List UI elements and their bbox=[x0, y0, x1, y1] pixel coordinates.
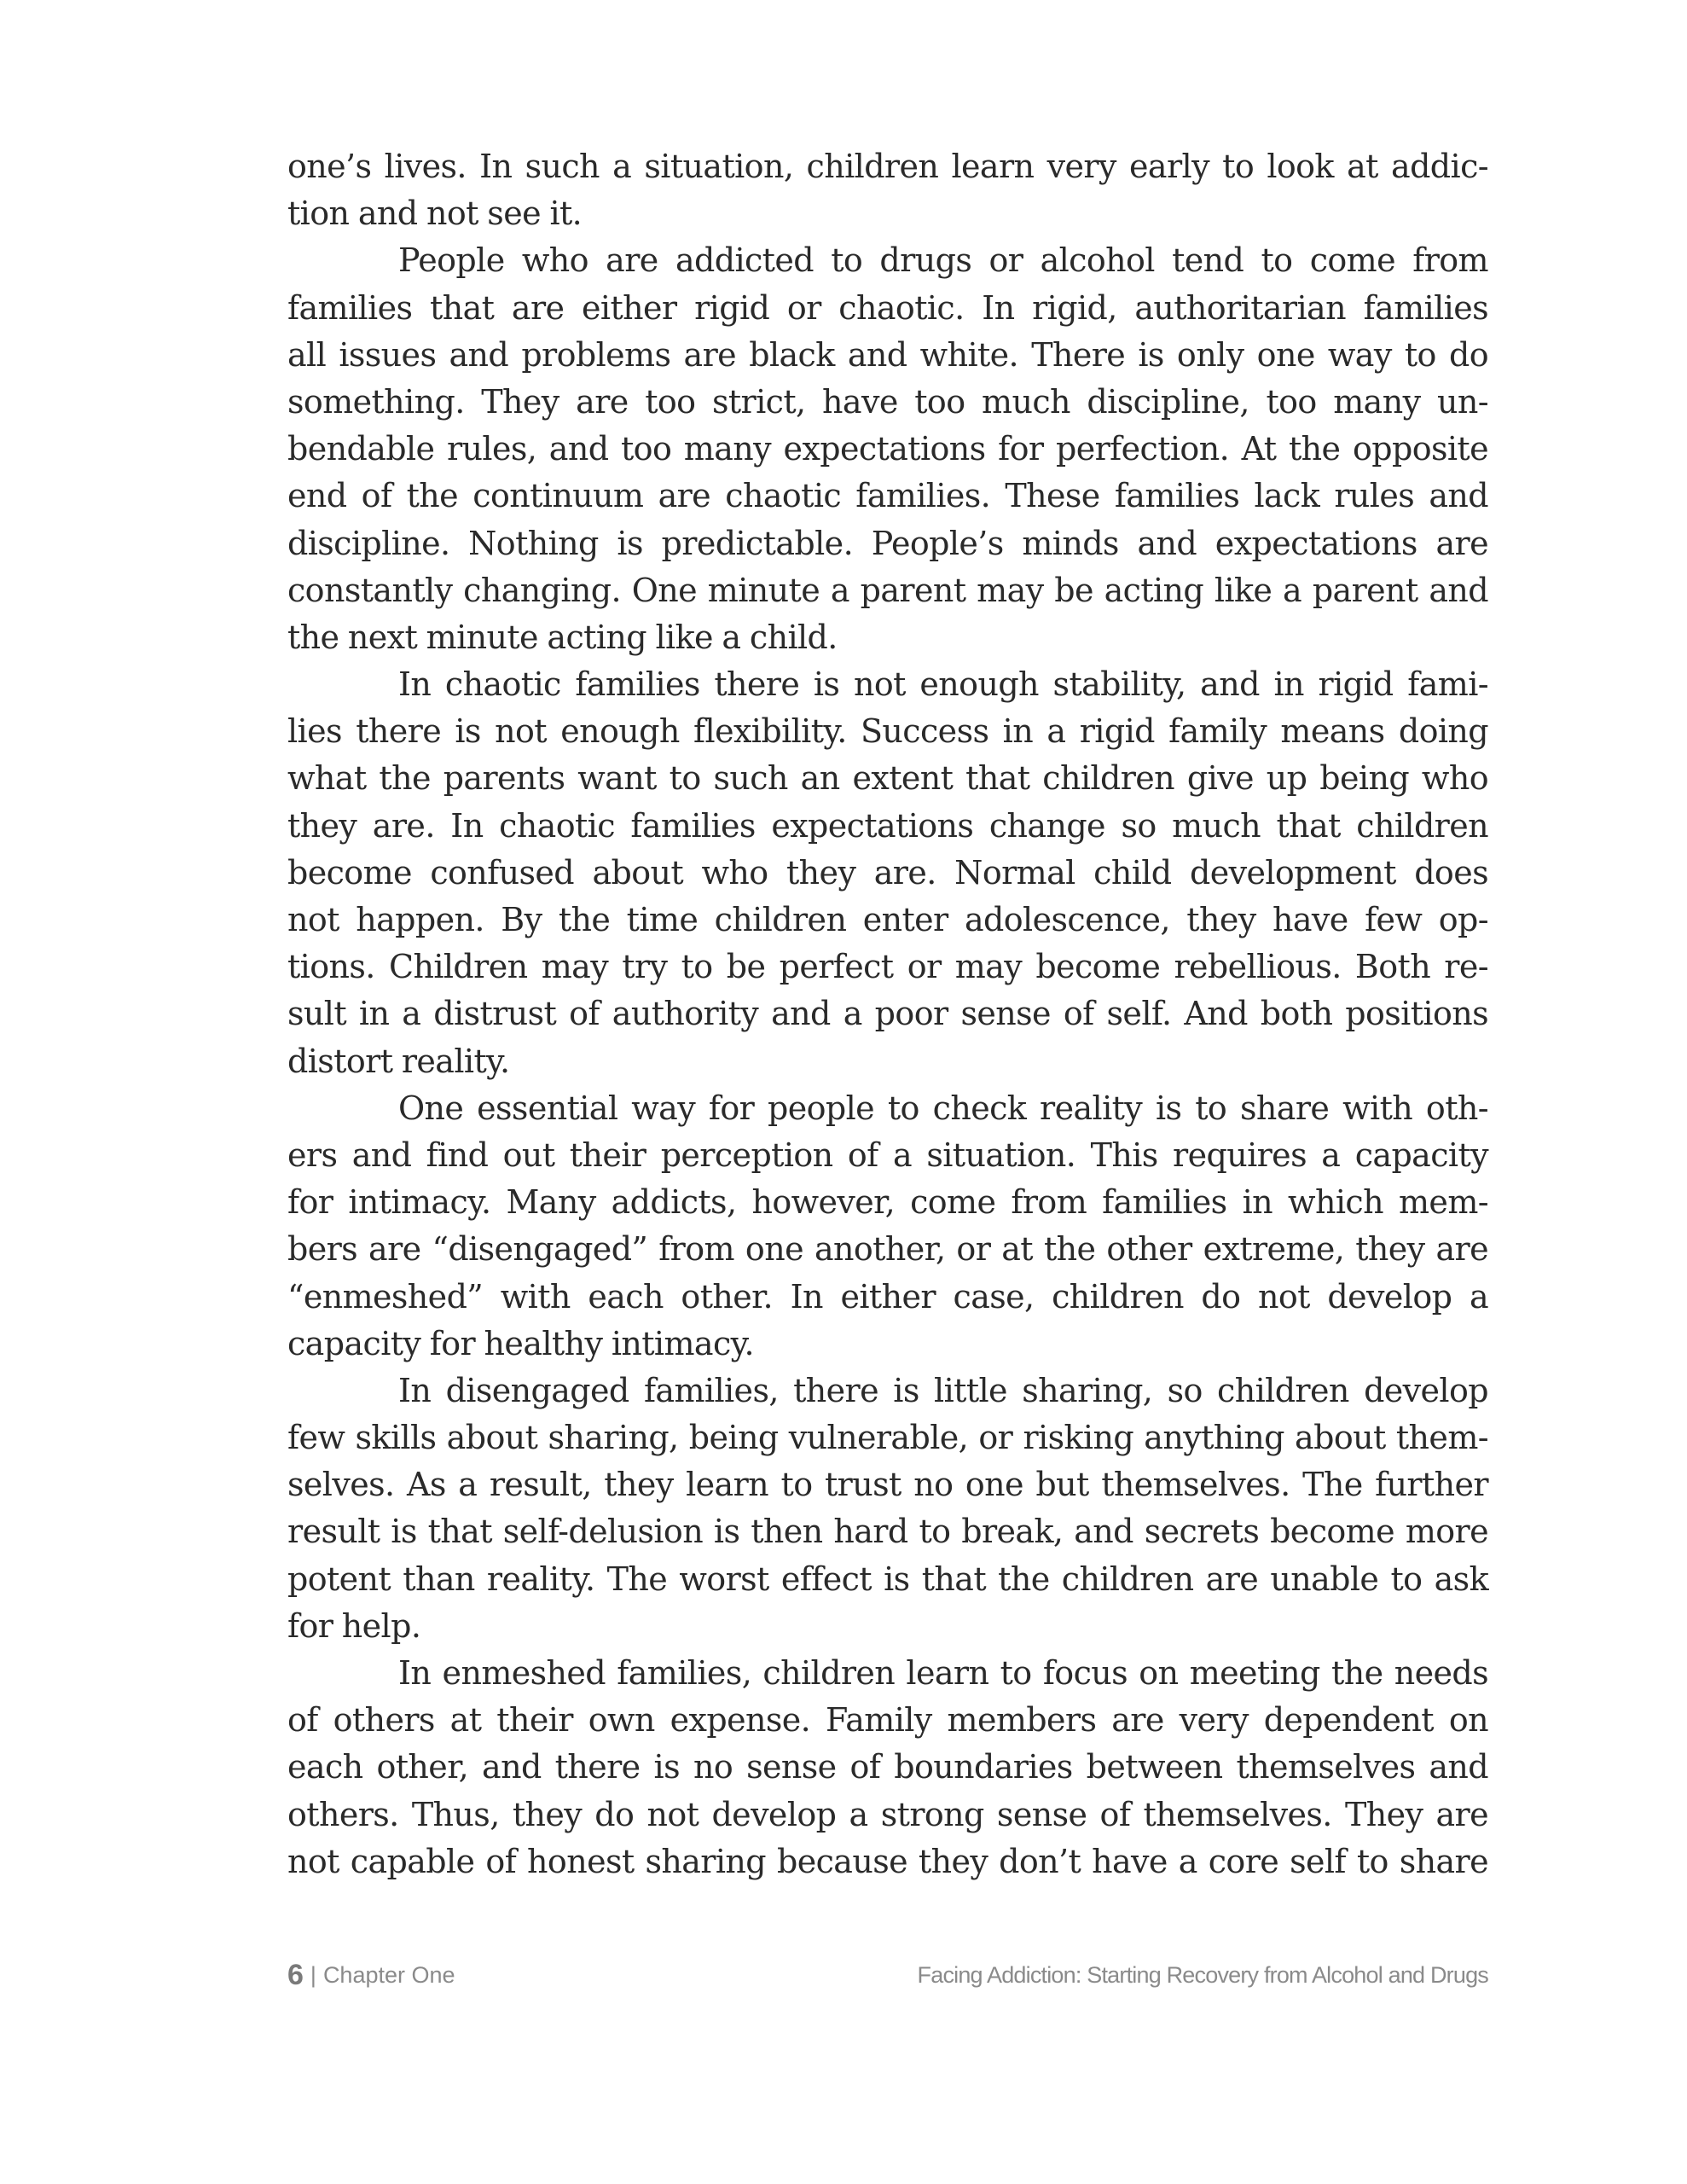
text-line: what the parents want to such an extent … bbox=[287, 755, 1488, 802]
text-line: In enmeshed families, children learn to … bbox=[287, 1650, 1488, 1697]
text-line: tion and not see it. bbox=[287, 190, 1488, 237]
text-line: “enmeshed” with each other. In either ca… bbox=[287, 1274, 1488, 1321]
text-line: discipline. Nothing is predictable. Peop… bbox=[287, 520, 1488, 567]
text-line: something. They are too strict, have too… bbox=[287, 379, 1488, 426]
text-line: distort reality. bbox=[287, 1038, 1488, 1085]
text-line: bendable rules, and too many expectation… bbox=[287, 426, 1488, 473]
text-line: One essential way for people to check re… bbox=[287, 1085, 1488, 1132]
text-line: selves. As a result, they learn to trust… bbox=[287, 1461, 1488, 1508]
text-line: constantly changing. One minute a parent… bbox=[287, 567, 1488, 614]
text-line: In chaotic families there is not enough … bbox=[287, 661, 1488, 708]
text-line: ers and find out their perception of a s… bbox=[287, 1132, 1488, 1179]
text-line: for help. bbox=[287, 1603, 1488, 1650]
page-footer: 6 | Chapter One Facing Addiction: Starti… bbox=[287, 1954, 1488, 1996]
text-line: capacity for healthy intimacy. bbox=[287, 1321, 1488, 1368]
footer-left: 6 | Chapter One bbox=[287, 1959, 455, 1992]
text-line: result is that self-delusion is then har… bbox=[287, 1508, 1488, 1555]
text-line: end of the continuum are chaotic familie… bbox=[287, 473, 1488, 520]
text-line: of others at their own expense. Family m… bbox=[287, 1697, 1488, 1744]
text-line: others. Thus, they do not develop a stro… bbox=[287, 1792, 1488, 1838]
text-line: for intimacy. Many addicts, however, com… bbox=[287, 1179, 1488, 1226]
text-line: bers are “disengaged” from one another, … bbox=[287, 1226, 1488, 1273]
footer-separator: | bbox=[310, 1962, 316, 1989]
page-body-text: one’s lives. In such a situation, childr… bbox=[287, 143, 1488, 1885]
text-line: tions. Children may try to be perfect or… bbox=[287, 944, 1488, 990]
text-line: one’s lives. In such a situation, childr… bbox=[287, 143, 1488, 190]
chapter-label: Chapter One bbox=[323, 1962, 455, 1989]
text-line: become confused about who they are. Norm… bbox=[287, 850, 1488, 897]
page-number: 6 bbox=[287, 1959, 304, 1992]
text-line: not capable of honest sharing because th… bbox=[287, 1838, 1488, 1885]
text-line: lies there is not enough flexibility. Su… bbox=[287, 708, 1488, 755]
book-title: Facing Addiction: Starting Recovery from… bbox=[918, 1962, 1488, 1989]
text-line: families that are either rigid or chaoti… bbox=[287, 285, 1488, 332]
text-line: not happen. By the time children enter a… bbox=[287, 897, 1488, 944]
text-line: People who are addicted to drugs or alco… bbox=[287, 237, 1488, 284]
text-line: each other, and there is no sense of bou… bbox=[287, 1744, 1488, 1791]
text-line: In disengaged families, there is little … bbox=[287, 1368, 1488, 1414]
text-line: the next minute acting like a child. bbox=[287, 614, 1488, 661]
text-line: all issues and problems are black and wh… bbox=[287, 332, 1488, 379]
text-line: sult in a distrust of authority and a po… bbox=[287, 990, 1488, 1037]
text-line: few skills about sharing, being vulnerab… bbox=[287, 1414, 1488, 1461]
text-line: they are. In chaotic families expectatio… bbox=[287, 803, 1488, 850]
text-line: potent than reality. The worst effect is… bbox=[287, 1556, 1488, 1603]
